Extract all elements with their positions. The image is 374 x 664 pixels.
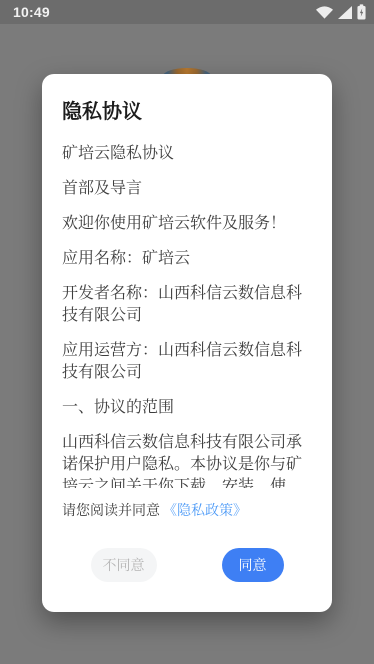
agreement-paragraph: 开发者名称：山西科信云数信息科技有限公司: [62, 283, 312, 327]
privacy-dialog: 隐私协议 矿培云隐私协议 首部及导言 欢迎你使用矿培云软件及服务！ 应用名称：矿…: [42, 74, 332, 612]
agreement-paragraph: 欢迎你使用矿培云软件及服务！: [62, 213, 312, 235]
status-icons: [316, 4, 366, 20]
agreement-scroll-area[interactable]: 矿培云隐私协议 首部及导言 欢迎你使用矿培云软件及服务！ 应用名称：矿培云 开发…: [62, 143, 312, 488]
cellular-signal-icon: [338, 6, 352, 19]
wifi-icon: [316, 6, 333, 19]
status-time: 10:49: [13, 4, 50, 20]
status-bar: 10:49: [0, 0, 374, 24]
dialog-button-row: 不同意 同意: [62, 548, 312, 582]
agreement-paragraph: 首部及导言: [62, 178, 312, 200]
agreement-paragraph: 山西科信云数信息科技有限公司承诺保护用户隐私。本协议是你与矿培云之间关于你下载、…: [62, 432, 312, 488]
agreement-paragraph: 一、协议的范围: [62, 397, 312, 419]
agreement-paragraph: 应用运营方：山西科信云数信息科技有限公司: [62, 340, 312, 384]
disagree-button[interactable]: 不同意: [91, 548, 157, 582]
consent-line: 请您阅读并同意《隐私政策》: [62, 500, 312, 520]
agreement-paragraph: 矿培云隐私协议: [62, 143, 312, 165]
agree-button[interactable]: 同意: [222, 548, 284, 582]
agreement-paragraph: 应用名称：矿培云: [62, 248, 312, 270]
consent-text: 请您阅读并同意: [62, 502, 160, 518]
privacy-policy-link[interactable]: 《隐私政策》: [163, 502, 247, 518]
battery-charging-icon: [357, 4, 366, 20]
dialog-title: 隐私协议: [62, 98, 312, 126]
